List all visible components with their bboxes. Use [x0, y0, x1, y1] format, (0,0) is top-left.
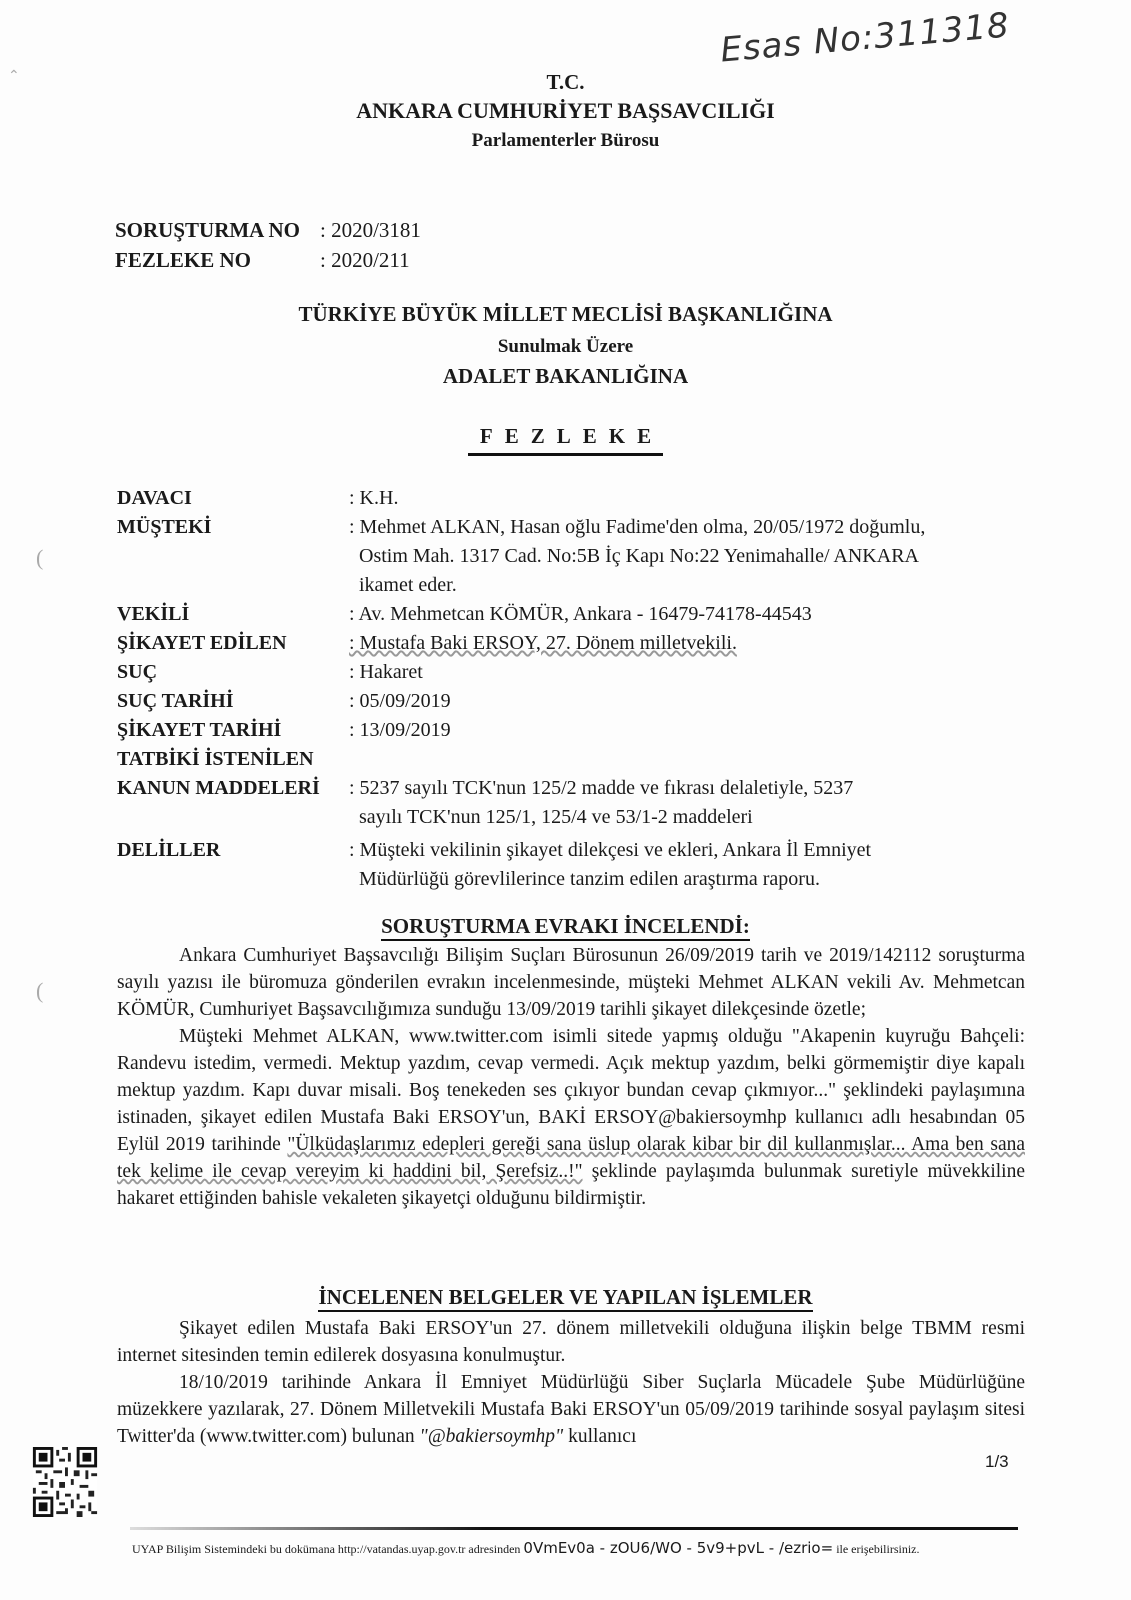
section-heading-documents: İNCELENEN BELGELER VE YAPILAN İŞLEMLER — [0, 1285, 1131, 1310]
footer-divider — [130, 1527, 1018, 1530]
investigation-body: Ankara Cumhuriyet Başsavcılığı Bilişim S… — [117, 942, 1025, 1212]
field-row: SUÇ TARİHİ: 05/09/2019 — [117, 687, 997, 716]
section-heading-investigation: SORUŞTURMA EVRAKI İNCELENDİ: — [0, 914, 1131, 939]
field-value: : Av. Mehmetcan KÖMÜR, Ankara - 16479-74… — [349, 600, 997, 629]
field-row: ŞİKAYET TARİHİ: 13/09/2019 — [117, 716, 997, 745]
field-label: DELİLLER — [117, 836, 349, 894]
field-row: KANUN MADDELERİ: 5237 sayılı TCK'nun 125… — [117, 774, 997, 832]
field-value: : Müşteki vekilinin şikayet dilekçesi ve… — [349, 836, 997, 894]
punch-hole-mark: ( — [36, 545, 43, 571]
field-label: SUÇ — [117, 658, 349, 687]
field-row: TATBİKİ İSTENİLEN — [117, 745, 997, 774]
twitter-handle: "@bakiersoymhp" — [420, 1426, 564, 1447]
reference-row: SORUŞTURMA NO : 2020/3181 — [115, 218, 421, 248]
punch-hole-mark: ( — [36, 978, 43, 1004]
field-value: : Mehmet ALKAN, Hasan oğlu Fadime'den ol… — [349, 513, 997, 600]
field-value: : Hakaret — [349, 658, 997, 687]
paragraph: Müşteki Mehmet ALKAN, www.twitter.com is… — [117, 1023, 1025, 1212]
field-value: : 05/09/2019 — [349, 687, 997, 716]
qr-code-icon — [32, 1447, 98, 1517]
header-country: T.C. — [0, 70, 1131, 95]
field-label: KANUN MADDELERİ — [117, 774, 349, 832]
documents-body: Şikayet edilen Mustafa Baki ERSOY'un 27.… — [117, 1315, 1025, 1450]
paragraph: Ankara Cumhuriyet Başsavcılığı Bilişim S… — [117, 942, 1025, 1023]
reference-label: FEZLEKE NO — [115, 248, 320, 278]
field-label: ŞİKAYET TARİHİ — [117, 716, 349, 745]
verification-code: 0VmEv0a - zOU6/WO - 5v9+pvL - /ezrio= — [523, 1539, 833, 1557]
addressee-line-3: ADALET BAKANLIĞINA — [0, 364, 1131, 389]
field-label: VEKİLİ — [117, 600, 349, 629]
reference-numbers: SORUŞTURMA NO : 2020/3181 FEZLEKE NO : 2… — [115, 218, 421, 278]
addressee-line-2: Sunulmak Üzere — [0, 336, 1131, 358]
footer-suffix: ile erişebilirsiniz. — [836, 1542, 919, 1556]
field-label: MÜŞTEKİ — [117, 513, 349, 600]
field-value: : K.H. — [349, 484, 997, 513]
addressee-line-1: TÜRKİYE BÜYÜK MİLLET MECLİSİ BAŞKANLIĞIN… — [0, 302, 1131, 327]
reference-value: : 2020/3181 — [320, 218, 421, 248]
reference-label: SORUŞTURMA NO — [115, 218, 320, 248]
field-row: VEKİLİ: Av. Mehmetcan KÖMÜR, Ankara - 16… — [117, 600, 997, 629]
document-title: FEZLEKE — [0, 424, 1131, 449]
field-label: ŞİKAYET EDİLEN — [117, 629, 349, 658]
field-value: : 5237 sayılı TCK'nun 125/2 madde ve fık… — [349, 774, 997, 832]
case-fields: DAVACI: K.H. MÜŞTEKİ: Mehmet ALKAN, Hasa… — [117, 484, 997, 894]
page-number: 1/3 — [985, 1452, 1009, 1472]
header-bureau: Parlamenterler Bürosu — [0, 130, 1131, 152]
field-label: SUÇ TARİHİ — [117, 687, 349, 716]
paragraph: Şikayet edilen Mustafa Baki ERSOY'un 27.… — [117, 1315, 1025, 1369]
handwritten-file-number: Esas No:311318 — [719, 5, 1011, 70]
field-row: DELİLLER: Müşteki vekilinin şikayet dile… — [117, 836, 997, 894]
footer-verification: UYAP Bilişim Sistemindeki bu dokümana ht… — [132, 1539, 920, 1557]
field-row: MÜŞTEKİ: Mehmet ALKAN, Hasan oğlu Fadime… — [117, 513, 997, 600]
field-label: DAVACI — [117, 484, 349, 513]
reference-value: : 2020/211 — [320, 248, 410, 278]
footer-prefix: UYAP Bilişim Sistemindeki bu dokümana ht… — [132, 1542, 520, 1556]
header-office: ANKARA CUMHURİYET BAŞSAVCILIĞI — [0, 98, 1131, 124]
reference-row: FEZLEKE NO : 2020/211 — [115, 248, 421, 278]
field-value: : 13/09/2019 — [349, 716, 997, 745]
field-value: : Mustafa Baki ERSOY, 27. Dönem milletve… — [349, 629, 997, 658]
field-row: SUÇ: Hakaret — [117, 658, 997, 687]
field-value — [349, 745, 997, 774]
field-row: DAVACI: K.H. — [117, 484, 997, 513]
field-label: TATBİKİ İSTENİLEN — [117, 745, 349, 774]
field-row: ŞİKAYET EDİLEN: Mustafa Baki ERSOY, 27. … — [117, 629, 997, 658]
paragraph: 18/10/2019 tarihinde Ankara İl Emniyet M… — [117, 1369, 1025, 1450]
